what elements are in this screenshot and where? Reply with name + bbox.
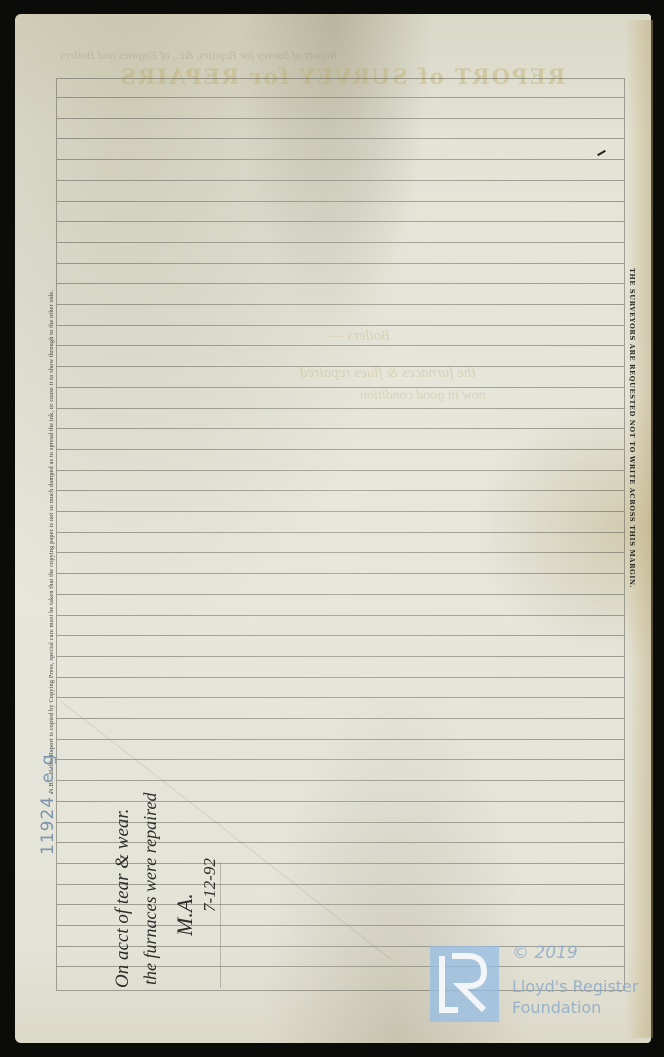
ruled-line — [57, 615, 624, 616]
ruled-line — [57, 387, 624, 388]
ruled-line — [57, 118, 624, 119]
ruled-line — [57, 490, 624, 491]
show-through-writing: now in good condition — [360, 388, 486, 404]
ruled-line — [57, 697, 624, 698]
watermark-org: Lloyd's Register Foundation — [512, 976, 638, 1018]
handwritten-initials: M.A. — [172, 893, 198, 936]
ruled-line — [57, 283, 624, 284]
ruled-line — [57, 470, 624, 471]
ruled-line — [57, 180, 624, 181]
ruled-line — [57, 408, 624, 409]
ruled-line — [57, 449, 624, 450]
ruled-line — [57, 739, 624, 740]
ruled-line — [57, 304, 624, 305]
ruled-line — [57, 718, 624, 719]
reference-number: 11924. e.g. — [38, 747, 58, 855]
ruled-line — [57, 325, 624, 326]
ruled-line — [57, 677, 624, 678]
handwritten-line-1: On acct of tear & wear. — [112, 809, 134, 988]
ruled-line — [57, 759, 624, 760]
ruled-line — [57, 201, 624, 202]
copying-press-note: N.B.—If this Report is copied by Copying… — [48, 290, 55, 793]
ruled-line — [57, 242, 624, 243]
ruled-line — [57, 428, 624, 429]
ruled-line — [57, 138, 624, 139]
handwritten-line-2: the furnaces were repaired — [140, 793, 161, 985]
margin-warning: THE SURVEYORS ARE REQUESTED NOT TO WRITE… — [628, 268, 636, 588]
lr-logo-icon — [430, 946, 499, 1022]
ruled-line — [57, 635, 624, 636]
ruled-line — [57, 345, 624, 346]
ruled-line — [57, 573, 624, 574]
ruled-line — [57, 594, 624, 595]
lrf-watermark: © 2019 Lloyd's Register Foundation — [430, 946, 664, 1022]
show-through-subtitle: Report of Survey for Repairs, &c., of En… — [60, 48, 640, 63]
ruled-line — [57, 656, 624, 657]
handwritten-date: 7-12-92 — [200, 858, 220, 912]
ruled-line — [57, 532, 624, 533]
ruled-line — [57, 263, 624, 264]
watermark-org-line2: Foundation — [512, 997, 638, 1018]
ruled-line — [57, 780, 624, 781]
watermark-copyright: © 2019 — [512, 943, 578, 963]
ruled-line — [57, 159, 624, 160]
ruled-line — [57, 511, 624, 512]
show-through-writing: the furnaces & flues repaired — [300, 365, 476, 382]
ruled-line — [57, 221, 624, 222]
ruled-line — [57, 552, 624, 553]
ruled-line — [57, 97, 624, 98]
watermark-org-line1: Lloyd's Register — [512, 976, 638, 997]
show-through-writing: Boilers — — [330, 328, 390, 345]
